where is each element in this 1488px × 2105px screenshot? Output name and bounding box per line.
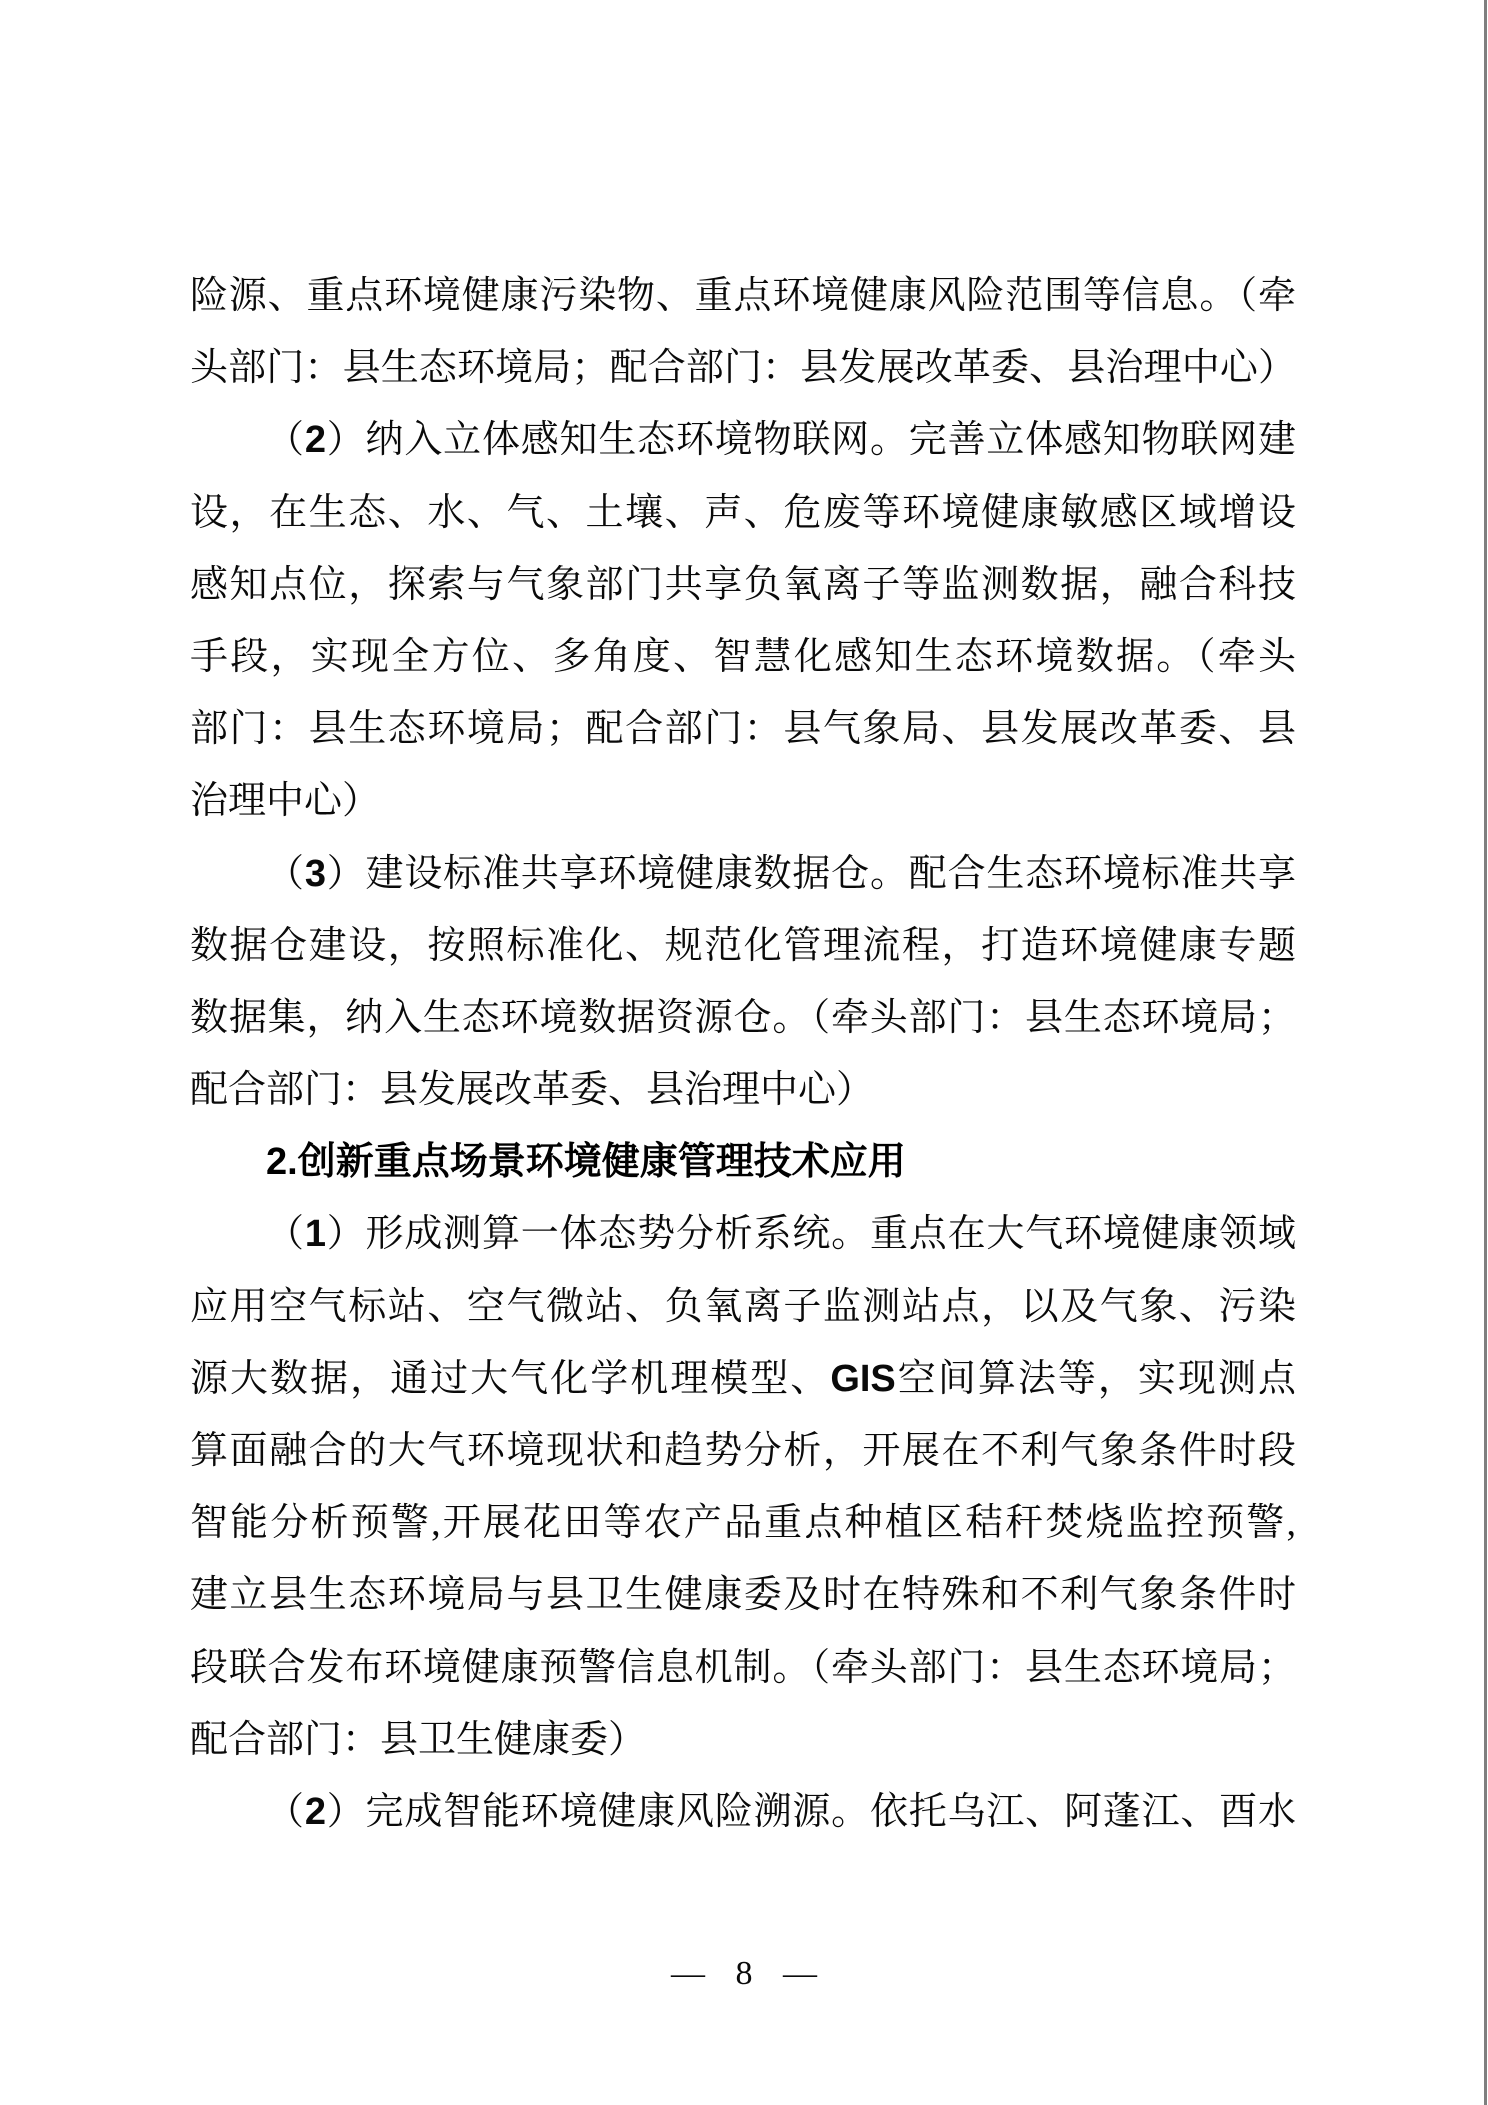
text-line: 数据仓建设，按照标准化、规范化管理流程，打造环境健康专题 (190, 910, 1296, 982)
latin-run: 2 (305, 1791, 326, 1833)
text-line: 感知点位，探索与气象部门共享负氧离子等监测数据，融合科技 (190, 549, 1296, 621)
text-run: 手段，实现全方位、多角度、智慧化感知生态环境数据。（牵头 (190, 636, 1296, 678)
text-line: （1）形成测算一体态势分析系统。重点在大气环境健康领域 (190, 1198, 1296, 1270)
text-run: ）形成测算一体态势分析系统。重点在大气环境健康领域 (326, 1213, 1296, 1255)
document-page: 险源、重点环境健康污染物、重点环境健康风险范围等信息。（牵头部门：县生态环境局；… (0, 0, 1488, 2105)
text-run: （ (266, 1791, 305, 1833)
text-run: ）完成智能环境健康风险溯源。依托乌江、阿蓬江、酉水 (326, 1791, 1296, 1833)
text-run: 2.创新重点场景环境健康管理技术应用 (266, 1141, 906, 1183)
latin-run: 2 (305, 419, 326, 461)
latin-run: 3 (305, 853, 326, 895)
text-run: （ (266, 853, 305, 895)
text-run: 配合部门：县发展改革委、县治理中心） (190, 1069, 874, 1111)
text-line: 数据集，纳入生态环境数据资源仓。（牵头部门：县生态环境局； (190, 982, 1296, 1054)
text-run: 治理中心） (190, 780, 380, 822)
text-line: 设，在生态、水、气、土壤、声、危废等环境健康敏感区域增设 (190, 477, 1296, 549)
text-line: 智能分析预警,开展花田等农产品重点种植区秸秆焚烧监控预警, (190, 1487, 1296, 1559)
text-run: 数据仓建设，按照标准化、规范化管理流程，打造环境健康专题 (190, 925, 1296, 967)
text-line: 算面融合的大气环境现状和趋势分析，开展在不利气象条件时段 (190, 1415, 1296, 1487)
heading-line: 2.创新重点场景环境健康管理技术应用 (190, 1126, 1296, 1198)
text-run: 感知点位，探索与气象部门共享负氧离子等监测数据，融合科技 (190, 564, 1296, 606)
text-run: 设，在生态、水、气、土壤、声、危废等环境健康敏感区域增设 (190, 492, 1296, 534)
text-run: 应用空气标站、空气微站、负氧离子监测站点，以及气象、污染 (190, 1286, 1296, 1328)
text-run: 部门：县生态环境局；配合部门：县气象局、县发展改革委、县 (190, 708, 1296, 750)
text-run: ）建设标准共享环境健康数据仓。配合生态环境标准共享 (326, 853, 1296, 895)
text-run: 空间算法等，实现测点 (896, 1358, 1296, 1400)
text-line: 部门：县生态环境局；配合部门：县气象局、县发展改革委、县 (190, 693, 1296, 765)
document-body: 险源、重点环境健康污染物、重点环境健康风险范围等信息。（牵头部门：县生态环境局；… (190, 260, 1296, 1848)
text-line: 配合部门：县发展改革委、县治理中心） (190, 1054, 1296, 1126)
text-run: 数据集，纳入生态环境数据资源仓。（牵头部门：县生态环境局； (190, 997, 1296, 1039)
text-line: 配合部门：县卫生健康委） (190, 1704, 1296, 1776)
text-run: 智能分析预警,开展花田等农产品重点种植区秸秆焚烧监控预警, (190, 1502, 1296, 1544)
text-run: 建立县生态环境局与县卫生健康委及时在特殊和不利气象条件时 (190, 1574, 1296, 1616)
page-number: — 8 — (0, 1949, 1488, 1999)
text-run: 段联合发布环境健康预警信息机制。（牵头部门：县生态环境局； (190, 1647, 1296, 1689)
text-line: 应用空气标站、空气微站、负氧离子监测站点，以及气象、污染 (190, 1271, 1296, 1343)
text-line: 手段，实现全方位、多角度、智慧化感知生态环境数据。（牵头 (190, 621, 1296, 693)
text-line: 治理中心） (190, 765, 1296, 837)
text-run: 源大数据，通过大气化学机理模型、 (190, 1358, 830, 1400)
text-line: （3）建设标准共享环境健康数据仓。配合生态环境标准共享 (190, 838, 1296, 910)
text-line: 段联合发布环境健康预警信息机制。（牵头部门：县生态环境局； (190, 1632, 1296, 1704)
text-run: 头部门：县生态环境局；配合部门：县发展改革委、县治理中心） (190, 347, 1296, 389)
text-run: 配合部门：县卫生健康委） (190, 1719, 646, 1761)
latin-run: 1 (305, 1213, 326, 1255)
text-line: 险源、重点环境健康污染物、重点环境健康风险范围等信息。（牵 (190, 260, 1296, 332)
text-line: （2）完成智能环境健康风险溯源。依托乌江、阿蓬江、酉水 (190, 1776, 1296, 1848)
text-run: （ (266, 1213, 305, 1255)
text-run: 算面融合的大气环境现状和趋势分析，开展在不利气象条件时段 (190, 1430, 1296, 1472)
scan-edge-line (1484, 0, 1487, 2105)
text-run: （ (266, 419, 305, 461)
text-line: （2）纳入立体感知生态环境物联网。完善立体感知物联网建 (190, 404, 1296, 476)
latin-run: GIS (830, 1358, 895, 1400)
text-line: 源大数据，通过大气化学机理模型、GIS空间算法等，实现测点 (190, 1343, 1296, 1415)
text-run: 险源、重点环境健康污染物、重点环境健康风险范围等信息。（牵 (190, 275, 1296, 317)
text-line: 头部门：县生态环境局；配合部门：县发展改革委、县治理中心） (190, 332, 1296, 404)
text-run: ）纳入立体感知生态环境物联网。完善立体感知物联网建 (326, 419, 1296, 461)
text-line: 建立县生态环境局与县卫生健康委及时在特殊和不利气象条件时 (190, 1559, 1296, 1631)
